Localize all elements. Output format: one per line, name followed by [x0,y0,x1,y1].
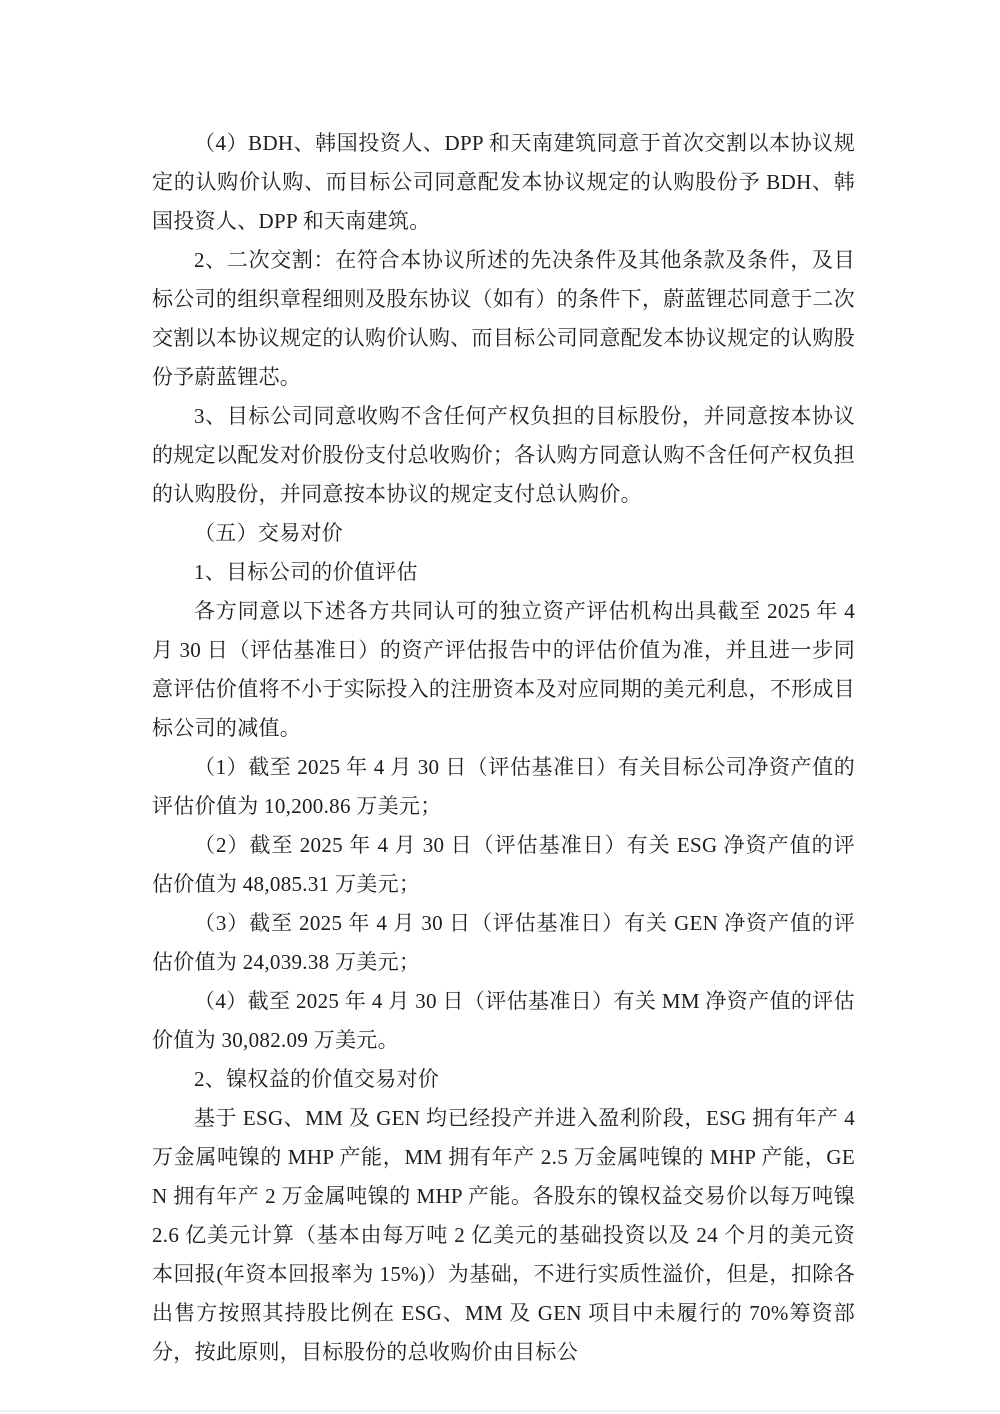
page-bottom-scan-edge [0,1410,1000,1412]
nickel-consideration-paragraph: 基于 ESG、MM 及 GEN 均已经投产并进入盈利阶段，ESG 拥有年产 4 … [152,1099,855,1372]
clause-first-closing-item-4: （4）BDH、韩国投资人、DPP 和天南建筑同意于首次交割以本协议规定的认购价认… [152,124,855,241]
valuation-item-1-target-company: （1）截至 2025 年 4 月 30 日（评估基准日）有关目标公司净资产值的评… [152,748,855,826]
valuation-item-4-mm: （4）截至 2025 年 4 月 30 日（评估基准日）有关 MM 净资产值的评… [152,982,855,1060]
subsection-1-heading-target-valuation: 1、目标公司的价值评估 [152,553,855,592]
section-5-heading-transaction-consideration: （五）交易对价 [152,514,855,553]
clause-2-second-closing: 2、二次交割：在符合本协议所述的先决条件及其他条款及条件，及目标公司的组织章程细… [152,241,855,397]
document-body: （4）BDH、韩国投资人、DPP 和天南建筑同意于首次交割以本协议规定的认购价认… [152,124,855,1372]
document-page: （4）BDH、韩国投资人、DPP 和天南建筑同意于首次交割以本协议规定的认购价认… [0,0,1000,1414]
valuation-item-3-gen: （3）截至 2025 年 4 月 30 日（评估基准日）有关 GEN 净资产值的… [152,904,855,982]
clause-3-repurchase-subscription: 3、目标公司同意收购不含任何产权负担的目标股份，并同意按本协议的规定以配发对价股… [152,397,855,514]
subsection-2-heading-nickel-consideration: 2、镍权益的价值交易对价 [152,1060,855,1099]
valuation-item-2-esg: （2）截至 2025 年 4 月 30 日（评估基准日）有关 ESG 净资产值的… [152,826,855,904]
valuation-intro: 各方同意以下述各方共同认可的独立资产评估机构出具截至 2025 年 4 月 30… [152,592,855,748]
